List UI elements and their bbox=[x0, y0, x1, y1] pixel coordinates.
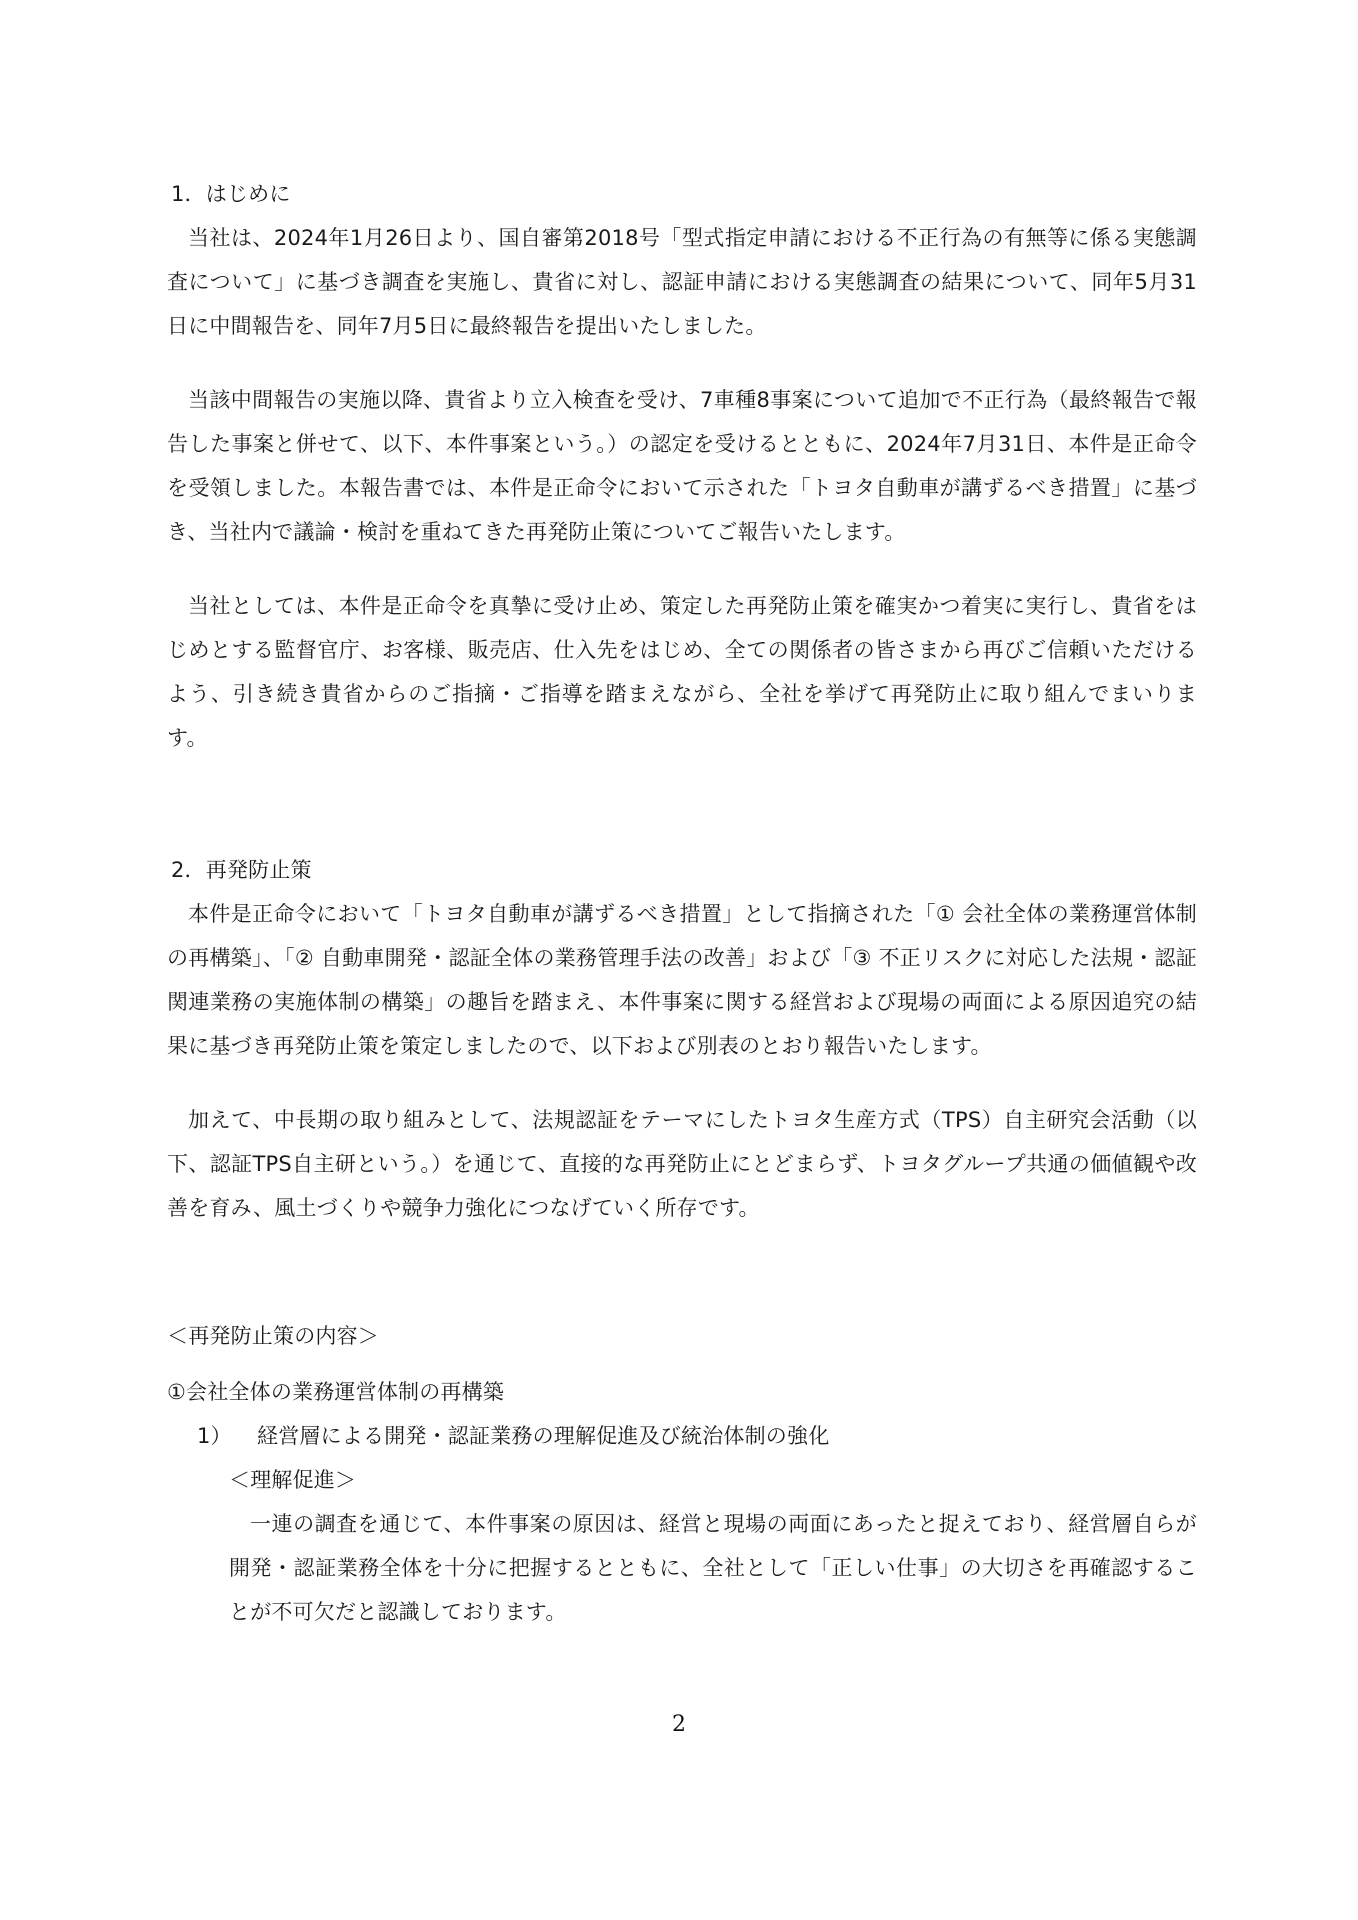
section-heading-prevention-measures: 2．再発防止策 bbox=[167, 848, 1197, 892]
document-body: 1．はじめに 当社は、2024年1月26日より、国自審第2018号「型式指定申請… bbox=[167, 172, 1197, 1634]
understanding-promotion-paragraph: 一連の調査を通じて、本件事案の原因は、経営と現場の両面にあったと捉えており、経営… bbox=[167, 1502, 1197, 1634]
section-heading-introduction: 1．はじめに bbox=[167, 172, 1197, 216]
measure-item-1-heading: ①会社全体の業務運営体制の再構築 bbox=[167, 1370, 1197, 1414]
intro-paragraph-3: 当社としては、本件是正命令を真摯に受け止め、策定した再発防止策を確実かつ着実に実… bbox=[167, 584, 1197, 760]
measures-paragraph-2: 加えて、中長期の取り組みとして、法規認証をテーマにしたトヨタ生産方式（TPS）自… bbox=[167, 1098, 1197, 1230]
subitem-number: 1） bbox=[197, 1414, 257, 1458]
measures-paragraph-1: 本件是正命令において「トヨタ自動車が講ずるべき措置」として指摘された「① 会社全… bbox=[167, 892, 1197, 1068]
intro-paragraph-1: 当社は、2024年1月26日より、国自審第2018号「型式指定申請における不正行… bbox=[167, 216, 1197, 348]
subitem-title: 経営層による開発・認証業務の理解促進及び統治体制の強化 bbox=[257, 1424, 829, 1448]
page-number: 2 bbox=[0, 1712, 1358, 1737]
document-page: 1．はじめに 当社は、2024年1月26日より、国自審第2018号「型式指定申請… bbox=[0, 0, 1358, 1920]
measure-subitem-1-heading: 1）経営層による開発・認証業務の理解促進及び統治体制の強化 bbox=[167, 1414, 1197, 1458]
intro-paragraph-2: 当該中間報告の実施以降、貴省より立入検査を受け、7車種8事案について追加で不正行… bbox=[167, 378, 1197, 554]
measures-contents-title: ＜再発防止策の内容＞ bbox=[167, 1314, 1197, 1358]
understanding-promotion-heading: ＜理解促進＞ bbox=[167, 1458, 1197, 1502]
